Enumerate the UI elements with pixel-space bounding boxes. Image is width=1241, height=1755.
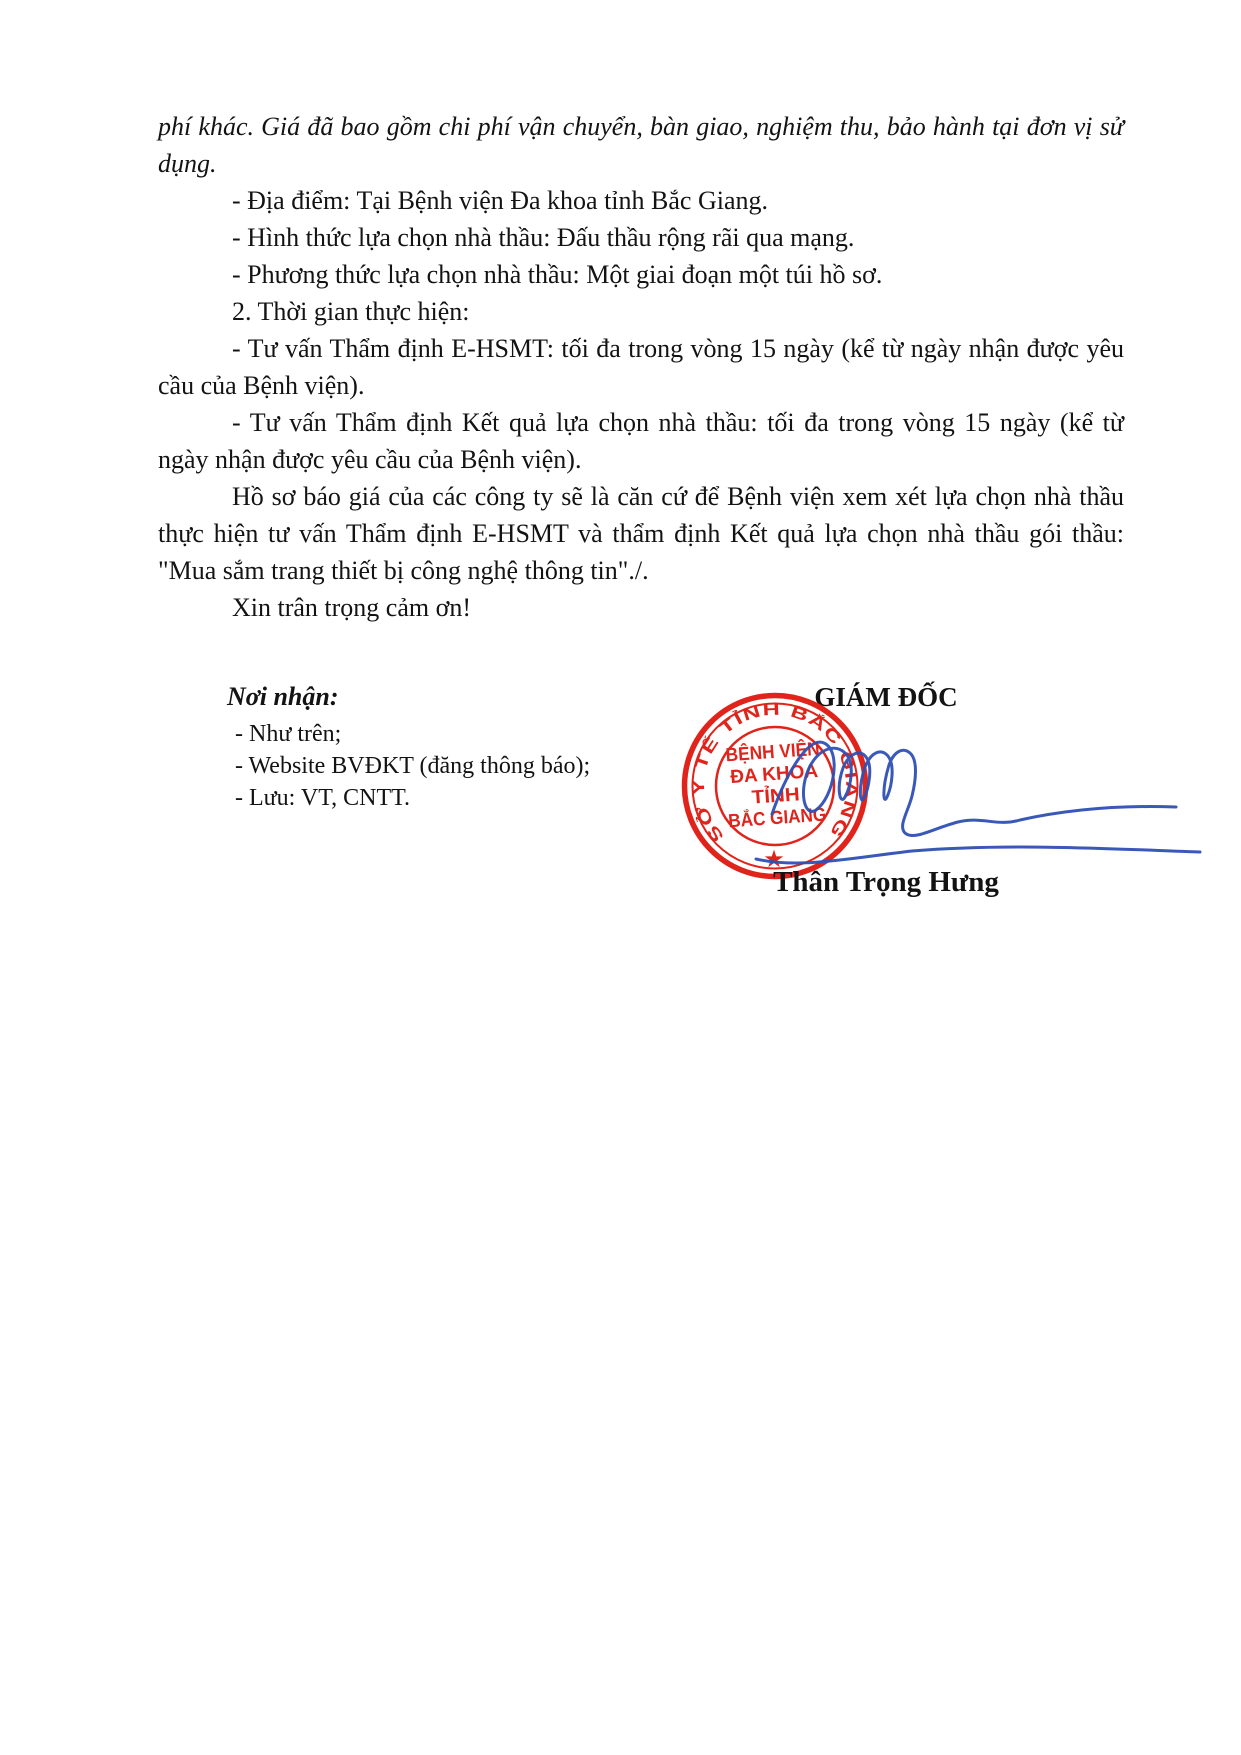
paragraph-hoso: Hồ sơ báo giá của các công ty sẽ là căn …: [158, 478, 1124, 589]
paragraph-ketqua: - Tư vấn Thẩm định Kết quả lựa chọn nhà …: [158, 404, 1124, 478]
recipients-list: - Như trên; - Website BVĐKT (đăng thông …: [235, 718, 657, 814]
recipient-item: - Website BVĐKT (đăng thông báo);: [235, 750, 657, 782]
recipient-item: - Lưu: VT, CNTT.: [235, 782, 657, 814]
paragraph-closing: Xin trân trọng cảm ơn!: [158, 589, 1124, 626]
paragraph-form: - Hình thức lựa chọn nhà thầu: Đấu thầu …: [158, 219, 1124, 256]
paragraph-location: - Địa điểm: Tại Bệnh viện Đa khoa tỉnh B…: [158, 182, 1124, 219]
paragraph-method: - Phương thức lựa chọn nhà thầu: Một gia…: [158, 256, 1124, 293]
signature-main-stroke: [772, 742, 1176, 835]
recipients-block: Nơi nhận: - Như trên; - Website BVĐKT (đ…: [227, 682, 657, 814]
paragraph-heading-time: 2. Thời gian thực hiện:: [158, 293, 1124, 330]
recipient-item: - Như trên;: [235, 718, 657, 750]
paragraph-continuation: phí khác. Giá đã bao gồm chi phí vận chu…: [158, 108, 1124, 182]
signature-scribble: [655, 698, 1215, 883]
letter-body: phí khác. Giá đã bao gồm chi phí vận chu…: [158, 108, 1124, 626]
signature-underline-stroke: [756, 847, 1200, 863]
recipients-title: Nơi nhận:: [227, 682, 657, 712]
document-page: phí khác. Giá đã bao gồm chi phí vận chu…: [0, 0, 1241, 1755]
paragraph-ehsmt: - Tư vấn Thẩm định E-HSMT: tối đa trong …: [158, 330, 1124, 404]
